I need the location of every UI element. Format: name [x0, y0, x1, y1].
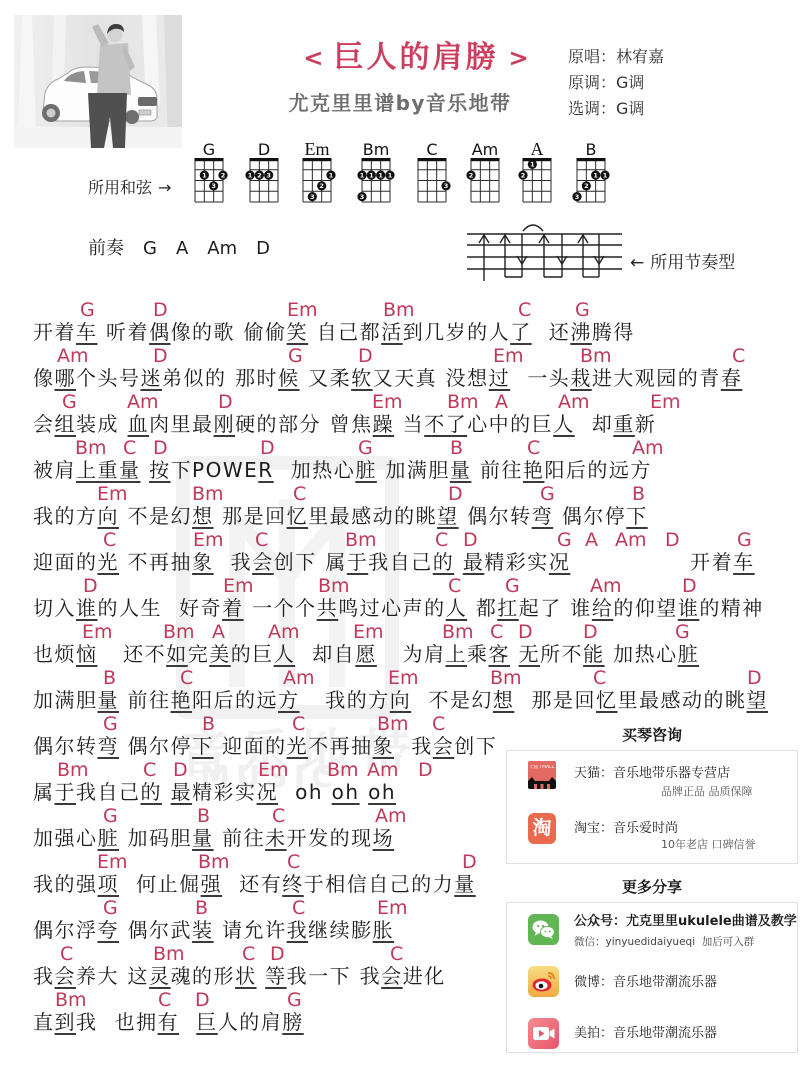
lyric-beat-underlined: 候: [278, 366, 300, 390]
lyric-text: 偶尔转: [459, 504, 532, 528]
lyric-text: 偶尔武: [119, 918, 192, 942]
lyric-text: 迎面的: [214, 734, 287, 758]
store-name: 音乐爱时尚: [613, 821, 678, 836]
lyric-text: 里最感动的眺: [618, 688, 747, 712]
lyric-text: 弟似的 那时: [162, 366, 278, 390]
chord-label: Em: [287, 299, 318, 321]
lyric-text: [360, 780, 369, 804]
chord-label: C: [448, 575, 461, 597]
lyric-text: 心中的巨: [467, 412, 553, 436]
chord-label: Em: [193, 529, 224, 551]
lyric-beat-underlined: 偶: [149, 320, 171, 344]
lyric-beat-underlined: 不了: [424, 412, 467, 436]
lyric-beat-underlined: 膀: [282, 1010, 304, 1034]
meipai-account-line: 美拍：音乐地带潮流乐器: [574, 1025, 717, 1043]
lyric-text: 我的方: [33, 504, 98, 528]
lyric-text: 所不: [540, 642, 583, 666]
chord-label: Bm: [345, 529, 377, 551]
chord-label: C: [158, 989, 171, 1011]
lyric-line: 直到我 也拥有 巨人的肩膀: [33, 1010, 304, 1034]
chord-label: C: [103, 529, 116, 551]
lyric-beat-underlined: 人: [274, 642, 296, 666]
lyric-text: 鸣过心声的: [338, 596, 446, 620]
lyric-text: 又柔: [300, 366, 352, 390]
chord-label: Em: [650, 391, 681, 413]
lyric-text: oh: [278, 780, 332, 804]
lyric-text: 继续膨: [308, 918, 373, 942]
lyric-line: 加满胆量 前往艳阳后的远方 我的方向 不是幻想 那是回忆里最感动的眺望: [33, 688, 768, 712]
chord-label: Bm: [75, 437, 107, 459]
lyric-beat-underlined: 按: [149, 458, 171, 482]
chord-label: G: [737, 529, 752, 551]
label-sep: ：: [600, 1026, 613, 1041]
lyric-text: 到几岁的人: [403, 320, 511, 344]
lyric-text: 加强心: [33, 826, 98, 850]
lyric-beat-underlined: 胀: [373, 918, 395, 942]
chord-label: C: [293, 483, 306, 505]
lyric-beat-underlined: 人: [553, 412, 575, 436]
lyric-beat-underlined: 最: [171, 780, 193, 804]
store-name: 音乐地带乐器专营店: [613, 766, 730, 781]
lyric-text: 前往: [214, 826, 266, 850]
lyric-beat-underlined: 望: [747, 688, 769, 712]
lyric-text: 还不: [98, 642, 167, 666]
wechat-icon: [528, 914, 559, 945]
chord-sheet-page: 音乐地带 MUSIC: [0, 0, 800, 1066]
chord-label: C: [593, 667, 606, 689]
lyric-beat-underlined: 迷: [141, 366, 163, 390]
meipai-icon: [528, 1018, 559, 1049]
lyric-beat-underlined: 活: [381, 320, 403, 344]
lyric-text: 属: [33, 780, 55, 804]
lyric-beat-underlined: 等: [265, 964, 287, 988]
chord-label: D: [153, 299, 168, 321]
chord-label: D: [682, 575, 697, 597]
chord-label: C: [490, 621, 503, 643]
chord-label: Bm: [327, 759, 359, 781]
chord-label: G: [505, 575, 520, 597]
lyric-beat-underlined: 于: [55, 780, 77, 804]
lyric-line: 切入谁的人生 好奇着 一个个共鸣过心声的人 都扛起了 谁给的仰望谁的精神: [33, 596, 764, 620]
meipai-camera-icon: [528, 1018, 559, 1049]
chord-label: C: [180, 667, 193, 689]
song-line: EmBmAAmEmBmCDDG也烦恼 还不如完美的巨人 却自愿 为肩上乘客 无所…: [0, 621, 800, 667]
lyric-beat-underlined: 灵: [149, 964, 171, 988]
taobao-store-line: 淘宝：音乐爱时尚: [574, 820, 678, 838]
lyric-text: 创下 属: [274, 550, 347, 574]
lyric-beat-underlined: 的: [433, 550, 455, 574]
lyric-beat-underlined: 象: [192, 550, 214, 574]
lyric-text: 魂的形: [171, 964, 236, 988]
lyric-beat-underlined: 脏: [678, 642, 700, 666]
lyric-text: 养大 这: [76, 964, 149, 988]
chord-label: G: [103, 713, 118, 735]
chord-label: D: [518, 621, 533, 643]
lyric-text: 那是回: [214, 504, 287, 528]
lyric-beat-underlined: 谁: [76, 596, 98, 620]
lyric-beat-underlined: 车: [733, 550, 755, 574]
lyric-beat-underlined: 量: [450, 458, 472, 482]
lyric-beat-underlined: 望: [437, 504, 459, 528]
lyric-beat-underlined: 有: [158, 1010, 180, 1034]
chord-label: Bm: [442, 621, 474, 643]
chord-label: B: [450, 437, 463, 459]
lyric-text: 被肩: [33, 458, 76, 482]
lyric-beat-underlined: 软: [351, 366, 373, 390]
lyric-beat-underlined: 沸: [570, 320, 592, 344]
song-line: AmDGDEmBmC像哪个头号迷弟似的 那时候 又柔软又天真 没想过 一头栽进大…: [0, 345, 800, 391]
wechat-account-line: 公众号：尤克里里ukulele曲谱及教学: [574, 913, 797, 931]
chord-label: A: [585, 529, 598, 551]
chord-label: Bm: [383, 299, 415, 321]
lyric-text: 会: [33, 412, 55, 436]
label-sep: ：: [600, 766, 613, 781]
lyric-text: 偶尔浮: [33, 918, 98, 942]
lyric-text: 也烦: [33, 642, 76, 666]
lyric-beat-underlined: 了: [510, 320, 532, 344]
chord-label: G: [103, 805, 118, 827]
lyric-beat-underlined: 着: [222, 596, 244, 620]
chord-label: Bm: [55, 989, 87, 1011]
chord-label: Am: [57, 345, 89, 367]
lyric-line: 属于我自己的 最精彩实况 oh oh oh: [33, 780, 396, 804]
chord-label: Am: [375, 805, 407, 827]
lyric-text: 创下: [454, 734, 497, 758]
lyric-text: 完: [188, 642, 210, 666]
lyric-text: 不是幻: [119, 504, 192, 528]
lyric-beat-underlined: 血: [128, 412, 150, 436]
lyric-line: 被肩上重量 按下POWER 加热心脏 加满胆量 前往艳阳后的远方: [33, 458, 652, 482]
lyric-text: [162, 780, 171, 804]
lyric-beat-underlined: 我: [287, 918, 309, 942]
chord-label: C: [292, 897, 305, 919]
lyric-beat-underlined: 重: [613, 412, 635, 436]
lyric-beat-underlined: 于: [347, 550, 369, 574]
lyric-beat-underlined: 下: [626, 504, 648, 528]
lyric-text: 不再抽: [119, 550, 192, 574]
chord-label: B: [197, 805, 210, 827]
wechat-bubbles-icon: [528, 914, 559, 945]
account-name: 音乐地带潮流乐器: [613, 1026, 717, 1041]
song-line: CEmCBmCDGAAmDG迎面的光 不再抽象 我会创下 属于我自己的 最精彩实…: [0, 529, 800, 575]
lyric-text: [179, 1010, 196, 1034]
lyric-beat-underlined: 会: [381, 964, 403, 988]
chord-label: D: [153, 437, 168, 459]
lyric-beat-underlined: 过: [489, 366, 511, 390]
lyric-beat-underlined: 向: [98, 504, 120, 528]
lyric-text: 迎面的: [33, 550, 98, 574]
song-line: BCAmEmBmCD加满胆量 前往艳阳后的远方 我的方向 不是幻想 那是回忆里最…: [0, 667, 800, 713]
lyric-text: 我 也拥: [76, 1010, 158, 1034]
lyric-beat-underlined: 能: [583, 642, 605, 666]
lyric-beat-underlined: 如: [166, 642, 188, 666]
chord-label: Bm: [447, 391, 479, 413]
chord-label: Bm: [490, 667, 522, 689]
lyric-beat-underlined: 哪: [55, 366, 77, 390]
chord-label: Am: [268, 621, 300, 643]
lyric-beat-underlined: 刚: [214, 412, 236, 436]
chord-label: Em: [388, 667, 419, 689]
song-line: EmBmCDGB我的方向 不是幻想 那是回忆里最感动的眺望 偶尔转弯 偶尔停下: [0, 483, 800, 529]
chord-label: A: [212, 621, 225, 643]
platform-label: 微博: [574, 975, 600, 990]
lyric-beat-underlined: 弯: [98, 734, 120, 758]
lyric-text: 加满胆: [377, 458, 450, 482]
chord-label: D: [418, 759, 433, 781]
chord-label: D: [448, 483, 463, 505]
lyric-text: 不再抽: [308, 734, 373, 758]
lyric-line: 偶尔转弯 偶尔停下 迎面的光不再抽象 我会创下: [33, 734, 497, 758]
chord-label: C: [527, 437, 540, 459]
chord-label: D: [463, 529, 478, 551]
lyric-line: 也烦恼 还不如完美的巨人 却自愿 为肩上乘客 无所不能 加热心脏: [33, 642, 699, 666]
lyric-text: 前往: [119, 688, 171, 712]
weibo-account-line: 微博：音乐地带潮流乐器: [574, 974, 717, 992]
lyric-text: 偶尔转: [33, 734, 98, 758]
lyric-beat-underlined: oh: [368, 780, 396, 804]
lyric-text: 装成: [76, 412, 128, 436]
chord-label: Bm: [377, 713, 409, 735]
lyric-beat-underlined: 状: [235, 964, 257, 988]
lyric-beat-underlined: 想: [192, 504, 214, 528]
chord-label: Em: [97, 483, 128, 505]
chord-label: A: [495, 391, 508, 413]
lyric-text: 腾得: [592, 320, 635, 344]
lyric-beat-underlined: 强: [201, 872, 223, 896]
lyric-text: 加热心: [605, 642, 678, 666]
lyric-text: [141, 458, 150, 482]
lyric-text: [510, 642, 519, 666]
lyric-beat-underlined: 会: [55, 964, 77, 988]
lyric-text: 下POWE: [171, 458, 259, 482]
lyric-beat-underlined: 愿: [355, 642, 377, 666]
lyric-text: 人的肩: [218, 1010, 283, 1034]
lyric-beat-underlined: 光: [98, 550, 120, 574]
label-sep: ：: [613, 914, 626, 929]
lyric-beat-underlined: 光: [287, 734, 309, 758]
chord-label: Em: [223, 575, 254, 597]
lyric-beat-underlined: 栽: [570, 366, 592, 390]
lyric-beat-underlined: 未: [265, 826, 287, 850]
lyric-beat-underlined: 会: [433, 734, 455, 758]
lyric-text: 的人生 好奇: [98, 596, 223, 620]
lyric-text: 自己都: [308, 320, 381, 344]
chord-label: C: [732, 345, 745, 367]
lyric-beat-underlined: 谁: [678, 596, 700, 620]
lyric-text: 我: [33, 964, 55, 988]
lyric-beat-underlined: 笑: [287, 320, 309, 344]
lyric-beat-underlined: 装: [192, 918, 214, 942]
chord-label: D: [747, 667, 762, 689]
lyric-text: 却: [575, 412, 614, 436]
lyric-text: 加满胆: [33, 688, 98, 712]
chord-label: D: [270, 943, 285, 965]
chord-label: D: [195, 989, 210, 1011]
lyric-beat-underlined: 客: [489, 642, 511, 666]
chord-label: B: [202, 713, 215, 735]
tmall-icon: 天猫 TMALL.COM: [528, 761, 556, 789]
lyric-text: 听着: [98, 320, 150, 344]
lyric-text: [454, 550, 463, 574]
chord-label: G: [80, 299, 95, 321]
chord-label: G: [103, 897, 118, 919]
chord-label: C: [242, 943, 255, 965]
lyric-beat-underlined: 想: [493, 688, 515, 712]
wechat-id-detail: 微信：yinyuedidaiyueqi 加后可入群: [574, 935, 754, 950]
account-name: 尤克里里ukulele曲谱及教学: [626, 914, 797, 929]
chord-label: G: [288, 345, 303, 367]
lyric-text: 一头: [510, 366, 570, 390]
lyric-beat-underlined: 向: [390, 688, 412, 712]
lyric-beat-underlined: 人: [446, 596, 468, 620]
chord-label: Bm: [580, 345, 612, 367]
lyric-text: 都: [467, 596, 497, 620]
lyric-text: 开着: [570, 550, 733, 574]
lyric-beat-underlined: 脏: [98, 826, 120, 850]
chord-label: Em: [493, 345, 524, 367]
share-section-heading: 更多分享: [506, 877, 798, 897]
lyric-beat-underlined: 量: [98, 688, 120, 712]
chord-label: Em: [353, 621, 384, 643]
weibo-eye-icon: [528, 966, 559, 997]
lyric-beat-underlined: 况: [549, 550, 571, 574]
chord-label: Bm: [153, 943, 185, 965]
lyric-line: 偶尔浮夸 偶尔武装 请允许我继续膨胀: [33, 918, 394, 942]
lyric-text: 里最感动的眺: [308, 504, 437, 528]
label-sep: ：: [600, 821, 613, 836]
chord-label: C: [255, 529, 268, 551]
platform-label: 公众号: [574, 914, 613, 929]
lyric-text: 加码胆: [119, 826, 192, 850]
chord-label: C: [60, 943, 73, 965]
lyric-beat-underlined: 美: [209, 642, 231, 666]
lyric-beat-underlined: 恼: [76, 642, 98, 666]
lyric-line: 我会养大 这灵魂的形状 等我一下 我会进化: [33, 964, 446, 988]
chord-label: Am: [283, 667, 315, 689]
chord-label: Em: [377, 897, 408, 919]
chord-label: C: [435, 529, 448, 551]
chord-label: B: [195, 897, 208, 919]
lyric-text: 何止倔: [119, 872, 201, 896]
chord-label: C: [390, 943, 403, 965]
buy-info-box: 天猫 TMALL.COM 天猫：音乐地带乐器专营店 品牌正品 品质保障 淘 淘宝…: [506, 750, 798, 864]
chord-label: Am: [590, 575, 622, 597]
lyric-beat-underlined: 项: [98, 872, 120, 896]
platform-label: 淘宝: [574, 821, 600, 836]
chord-label: Am: [367, 759, 399, 781]
lyric-beat-underlined: 忆: [596, 688, 618, 712]
label-sep: ：: [600, 975, 613, 990]
tmall-cat-icon: [528, 761, 556, 789]
lyric-text: 阳后的远方: [544, 458, 652, 482]
lyric-beat-underlined: 车: [76, 320, 98, 344]
lyric-beat-underlined: 巨: [196, 1010, 218, 1034]
lyric-beat-underlined: R: [258, 458, 273, 482]
chord-label: C: [123, 437, 136, 459]
lyric-beat-underlined: 量: [454, 872, 476, 896]
lyric-text: 为肩: [377, 642, 446, 666]
chord-label: C: [287, 851, 300, 873]
lyric-text: 偶尔停: [119, 734, 192, 758]
buy-section-heading: 买琴咨询: [506, 725, 798, 745]
lyric-text: 我: [214, 550, 253, 574]
chord-label: Bm: [192, 483, 224, 505]
song-line: DEmBmCGAmD切入谁的人生 好奇着 一个个共鸣过心声的人 都扛起了 谁给的…: [0, 575, 800, 621]
lyric-beat-underlined: 况: [257, 780, 279, 804]
lyric-beat-underlined: 上: [446, 642, 468, 666]
lyric-line: 会组装成 血肉里最刚硬的部分 曾焦躁 当不了心中的巨人 却重新: [33, 412, 656, 436]
lyric-text: 我的强: [33, 872, 98, 896]
lyric-text: 肉里最: [149, 412, 214, 436]
lyric-beat-underlined: 量: [192, 826, 214, 850]
lyric-text: 不是幻: [411, 688, 493, 712]
lyric-text: 的精神: [699, 596, 764, 620]
lyric-beat-underlined: 弯: [532, 504, 554, 528]
lyric-text: 进大观园的青: [592, 366, 721, 390]
lyric-text: 精彩实: [484, 550, 549, 574]
chord-label: D: [358, 345, 373, 367]
song-line: GDEmBmCG开着车 听着偶像的歌 偷偷笑 自己都活到几岁的人了 还沸腾得: [0, 299, 800, 345]
lyric-text: 还有: [222, 872, 282, 896]
chord-label: D: [462, 851, 477, 873]
tmall-store-line: 天猫：音乐地带乐器专营店: [574, 765, 730, 783]
song-line: BmCDDGBCAm被肩上重量 按下POWER 加热心脏 加满胆量 前往艳阳后的…: [0, 437, 800, 483]
lyric-text: [257, 964, 266, 988]
chord-label: G: [557, 529, 572, 551]
lyric-text: 开发的现: [287, 826, 373, 850]
lyric-beat-underlined: 场: [373, 826, 395, 850]
lyric-beat-underlined: 艳: [171, 688, 193, 712]
chord-label: D: [218, 391, 233, 413]
lyric-text: 像的歌 偷偷: [171, 320, 287, 344]
lyric-text: 那是回: [514, 688, 596, 712]
platform-label: 天猫: [574, 766, 600, 781]
chord-label: D: [583, 621, 598, 643]
chord-label: C: [432, 713, 445, 735]
lyric-text: 我一下 我: [287, 964, 382, 988]
lyric-beat-underlined: 脏: [355, 458, 377, 482]
weibo-icon: [528, 966, 559, 997]
lyric-line: 开着车 听着偶像的歌 偷偷笑 自己都活到几岁的人了 还沸腾得: [33, 320, 635, 344]
chord-label: Em: [372, 391, 403, 413]
lyric-text: 的仰望: [613, 596, 678, 620]
chord-label: Bm: [318, 575, 350, 597]
chord-label: G: [62, 391, 77, 413]
lyric-text: 硬的部分 曾焦: [235, 412, 373, 436]
lyric-beat-underlined: 组: [55, 412, 77, 436]
lyric-beat-underlined: 最: [463, 550, 485, 574]
taobao-icon: 淘: [528, 813, 556, 844]
lyric-beat-underlined: 夸: [98, 918, 120, 942]
lyric-text: 精彩实: [192, 780, 257, 804]
chord-label: D: [260, 437, 275, 459]
lyric-text: 一个个: [244, 596, 317, 620]
lyric-beat-underlined: 共: [317, 596, 339, 620]
lyric-beat-underlined: 象: [373, 734, 395, 758]
platform-label: 美拍: [574, 1026, 600, 1041]
lyric-beat-underlined: 忆: [287, 504, 309, 528]
lyric-text: 开着: [33, 320, 76, 344]
lyric-text: 加热心: [274, 458, 356, 482]
lyric-beat-underlined: oh: [332, 780, 360, 804]
share-info-box: 公众号：尤克里里ukulele曲谱及教学 微信：yinyuedidaiyueqi…: [506, 902, 798, 1053]
store-tagline: 10年老店 口碑信誉: [661, 837, 756, 852]
lyric-line: 像哪个头号迷弟似的 那时候 又柔软又天真 没想过 一头栽进大观园的青春: [33, 366, 742, 390]
chord-label: G: [287, 989, 302, 1011]
lyric-beat-underlined: 给: [592, 596, 614, 620]
chord-label: D: [665, 529, 680, 551]
lyric-text: 我的方: [300, 688, 390, 712]
